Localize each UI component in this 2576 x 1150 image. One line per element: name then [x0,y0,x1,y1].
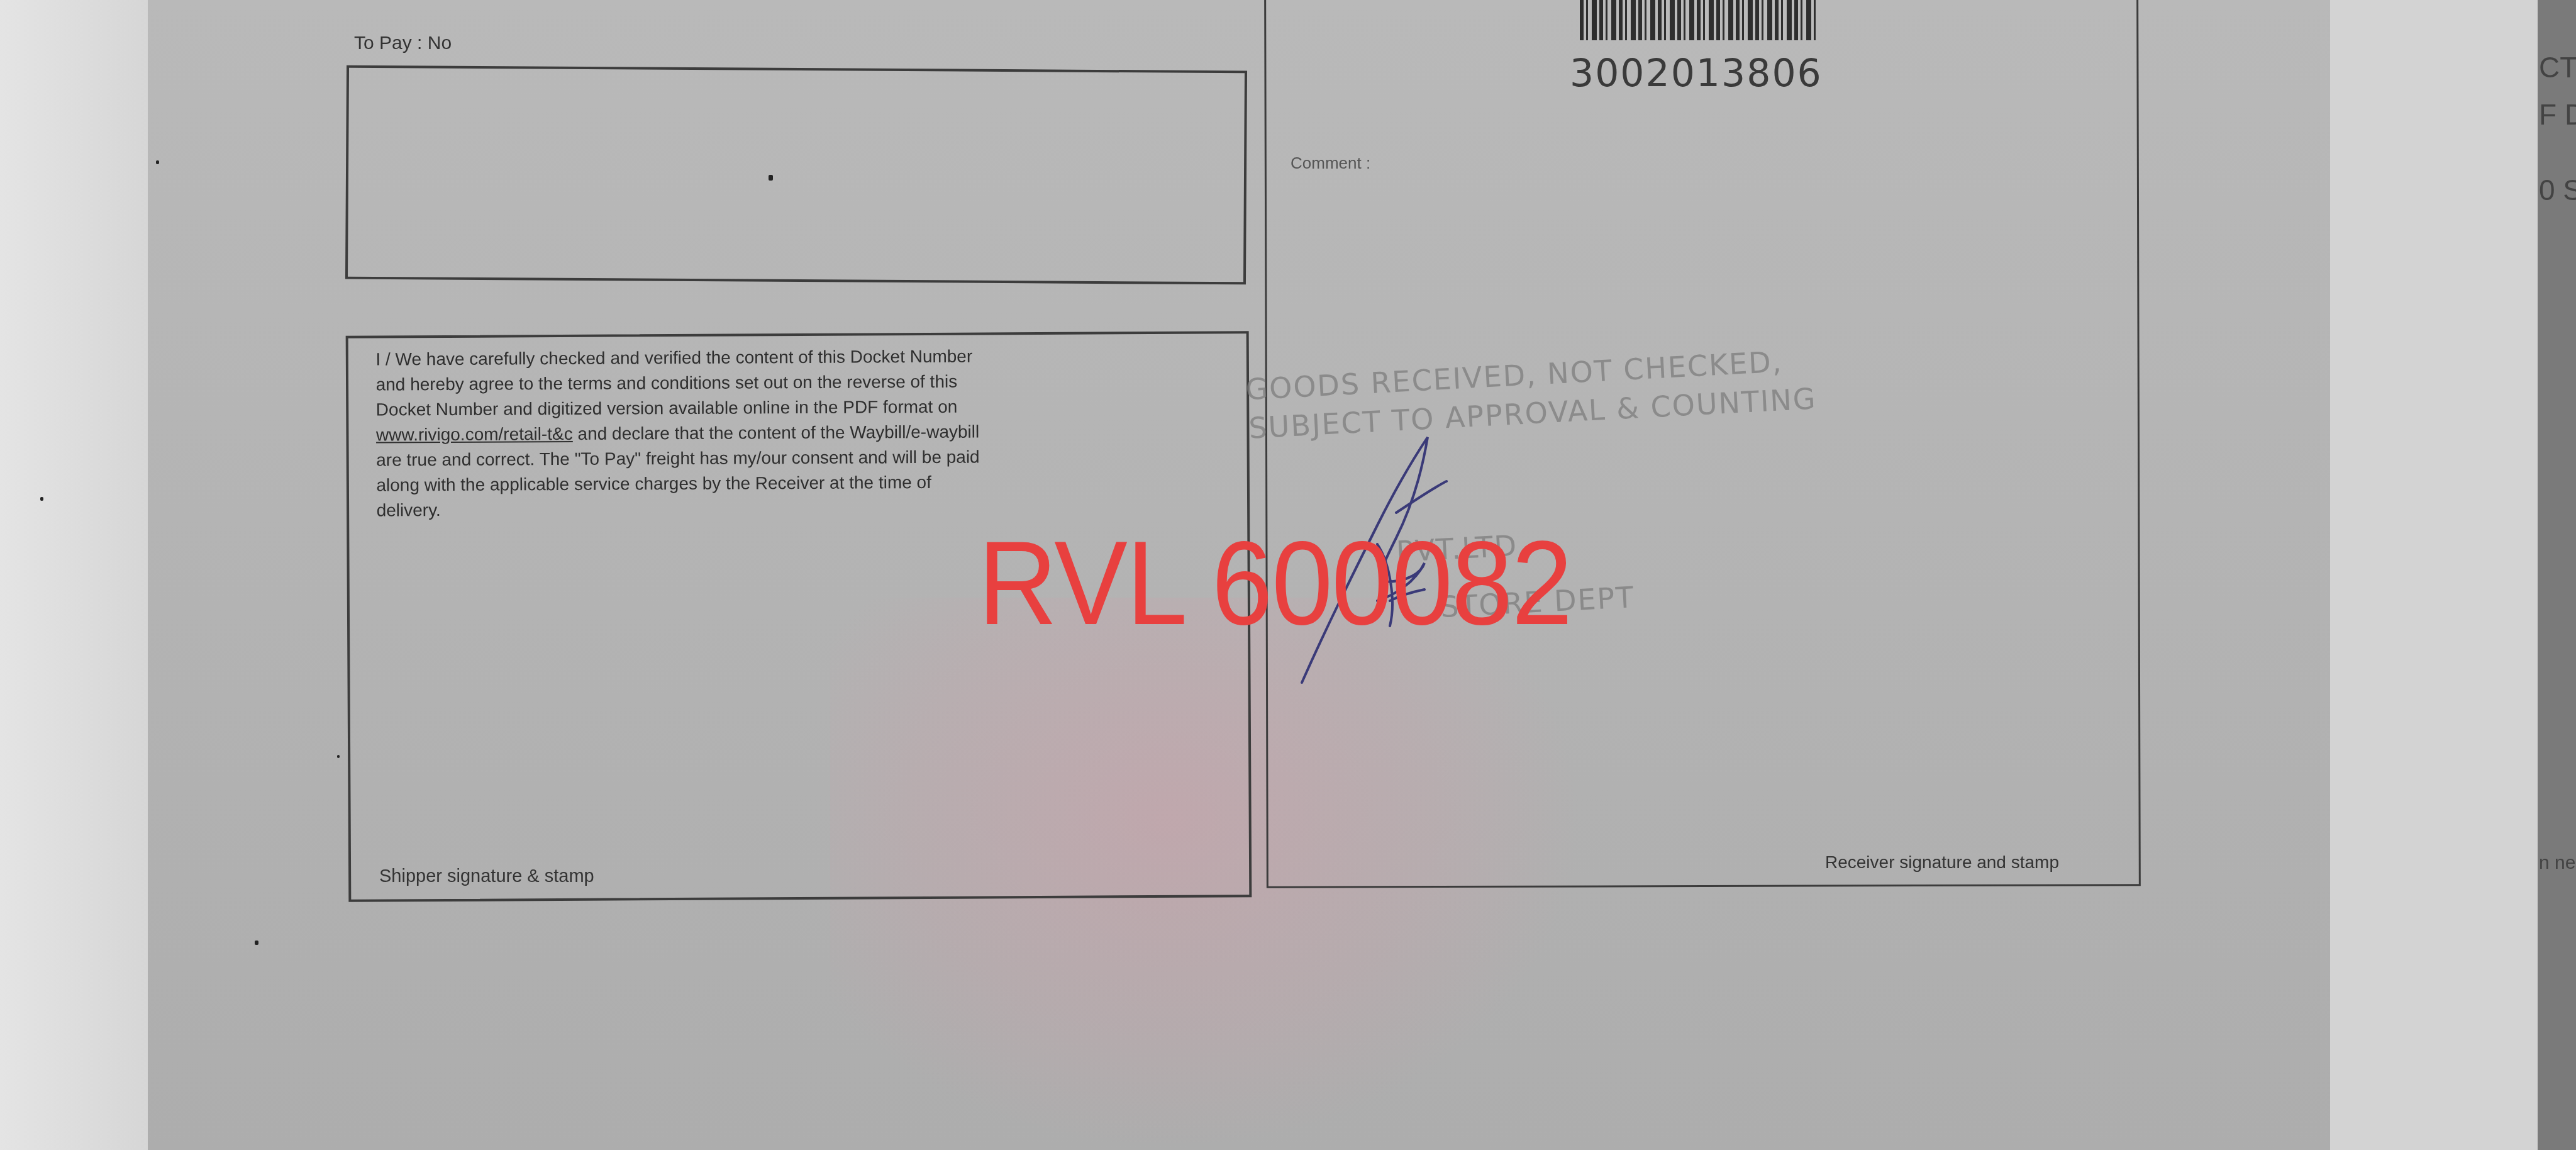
declaration-line: and hereby agree to the terms and condit… [375,367,1231,397]
ink-speck [769,175,773,181]
shipper-signature-label: Shipper signature & stamp [379,866,594,887]
declaration-line: www.rivigo.com/retail-t&c and declare th… [376,418,1231,447]
docket-number: 3002013806 [1570,52,1823,96]
adjacent-page: CTU F D 0 S n ne [2538,0,2576,1150]
adjacent-page-text: 0 S [2539,173,2576,207]
declaration-line: I / We have carefully checked and verifi… [375,342,1231,372]
declaration-line: along with the applicable service charge… [376,468,1231,498]
declaration-line: Docket Number and digitized version avai… [376,393,1231,422]
adjacent-page-margin [2330,0,2538,1150]
adjacent-page-text: n ne [2539,852,2575,874]
comment-label: Comment : [1291,154,1370,173]
left-background [0,0,148,1150]
reference-annotation: RVL 600082 [978,515,1572,652]
adjacent-page-text: CTU [2539,50,2576,84]
ink-speck [337,755,340,758]
declaration-text: I / We have carefully checked and verifi… [375,342,1231,523]
ink-speck [40,497,43,501]
declaration-line: are true and correct. The "To Pay" freig… [376,443,1231,472]
barcode [1580,0,1816,40]
to-pay-box [345,65,1247,285]
adjacent-page-text: F D [2539,98,2576,131]
ink-speck [255,941,258,945]
receiver-signature-label: Receiver signature and stamp [1825,852,2059,873]
terms-link[interactable]: www.rivigo.com/retail-t&c [376,424,573,445]
declaration-line-rest: and declare that the content of the Wayb… [573,422,980,444]
ink-speck [156,160,159,164]
to-pay-label: To Pay : No [354,33,452,54]
